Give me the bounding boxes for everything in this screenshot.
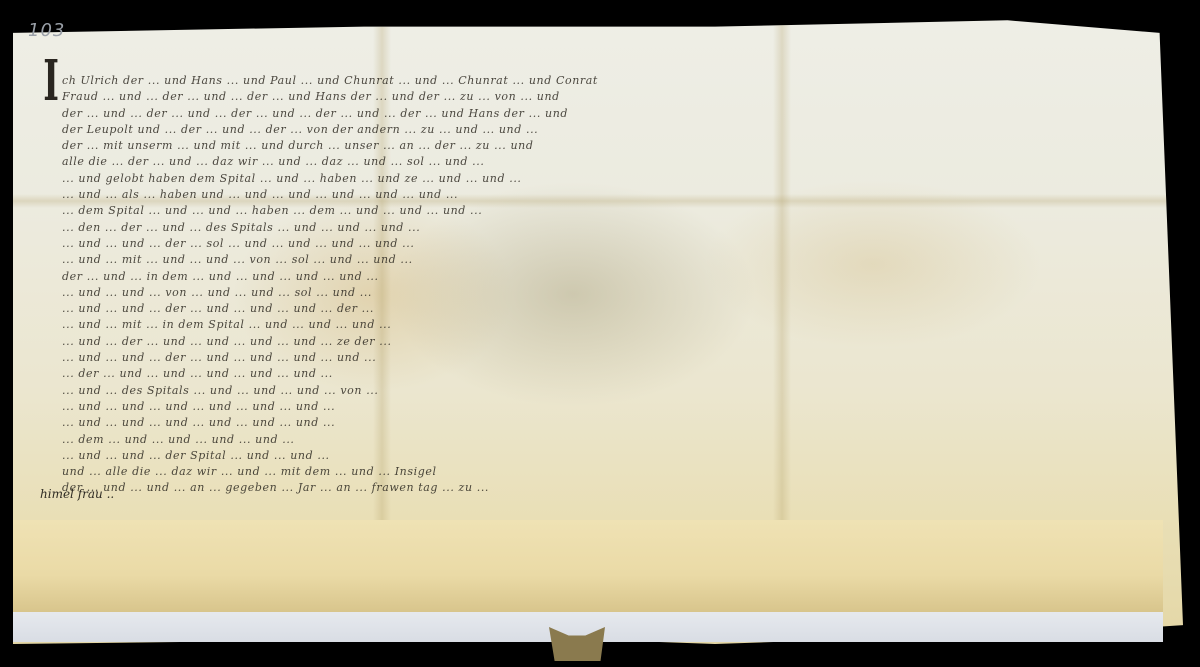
- text-line: ... und ... und ... der Spital ... und .…: [62, 449, 1122, 465]
- text-line: ... und ... und ... der ... und ... und …: [62, 351, 1122, 367]
- initial-letter: I: [43, 48, 59, 114]
- text-line: alle die ... der ... und ... daz wir ...…: [62, 155, 1122, 171]
- plica-turnup: [13, 520, 1163, 614]
- text-line: ... der ... und ... und ... und ... und …: [62, 367, 1122, 383]
- text-line: der ... und ... der ... und ... der ... …: [62, 107, 1122, 123]
- text-line: und ... alle die ... daz wir ... und ...…: [62, 465, 1122, 481]
- text-line: ... und ... als ... haben und ... und ..…: [62, 188, 1122, 204]
- text-line: ... und ... des Spitals ... und ... und …: [62, 384, 1122, 400]
- text-line: ... und gelobt haben dem Spital ... und …: [62, 172, 1122, 188]
- text-line: ... und ... und ... von ... und ... und …: [62, 286, 1122, 302]
- text-line: Fraud ... und ... der ... und ... der ..…: [62, 90, 1122, 106]
- text-line: der Leupolt und ... der ... und ... der …: [62, 123, 1122, 139]
- text-line: ... dem ... und ... und ... und ... und …: [62, 433, 1122, 449]
- text-line: der ... und ... und ... an ... gegeben .…: [62, 481, 1122, 497]
- text-line: ... und ... mit ... in dem Spital ... un…: [62, 318, 1122, 334]
- text-line: ... und ... und ... und ... und ... und …: [62, 416, 1122, 432]
- text-line: ... und ... mit ... und ... und ... von …: [62, 253, 1122, 269]
- text-line: ... den ... der ... und ... des Spitals …: [62, 221, 1122, 237]
- closing-line: himel frau ..: [40, 487, 114, 501]
- text-line: ... und ... und ... der ... und ... und …: [62, 302, 1122, 318]
- archive-number: 103: [28, 20, 65, 41]
- text-line: der ... und ... in dem ... und ... und .…: [62, 270, 1122, 286]
- charter-text: ch Ulrich der ... und Hans ... und Paul …: [62, 74, 1122, 498]
- text-line: ... und ... der ... und ... und ... und …: [62, 335, 1122, 351]
- text-line: ... und ... und ... der ... sol ... und …: [62, 237, 1122, 253]
- text-line: ... und ... und ... und ... und ... und …: [62, 400, 1122, 416]
- text-line: ... dem Spital ... und ... und ... haben…: [62, 204, 1122, 220]
- text-line: ch Ulrich der ... und Hans ... und Paul …: [62, 74, 1122, 90]
- text-line: der ... mit unserm ... und mit ... und d…: [62, 139, 1122, 155]
